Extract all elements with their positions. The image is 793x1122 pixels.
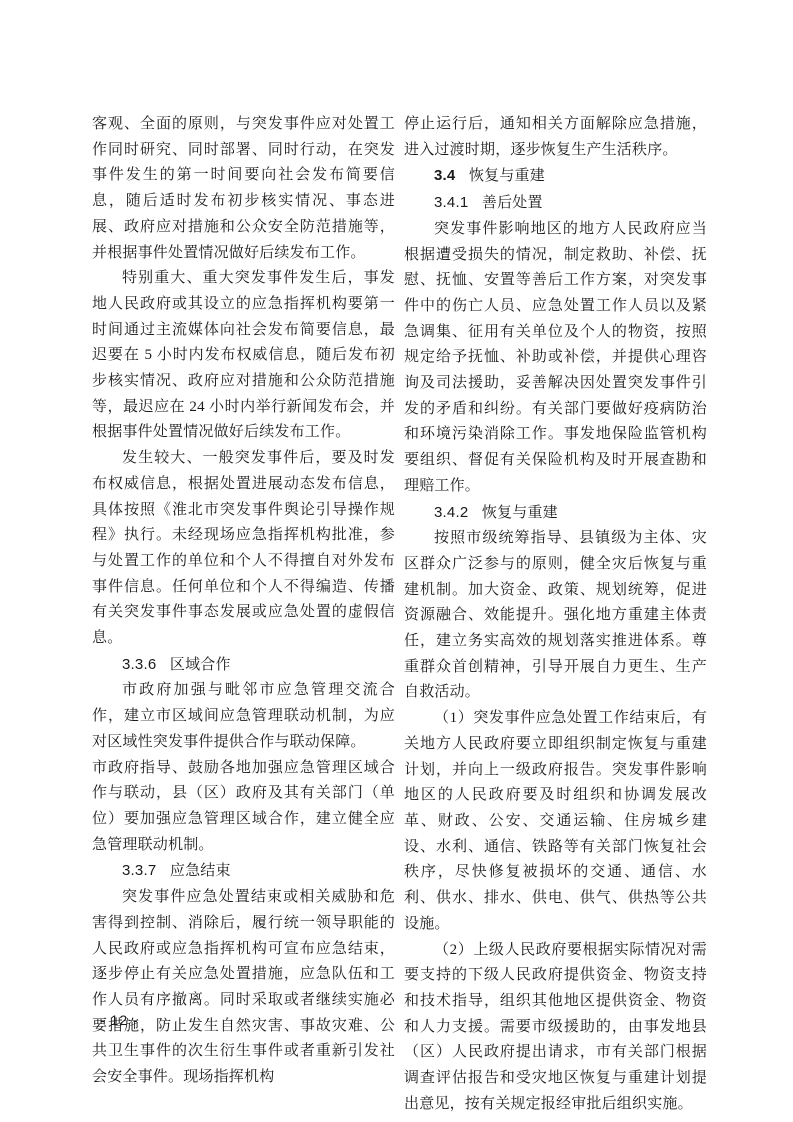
left-column: 客观、全面的原则，与突发事件应对处置工作同时研究、同时部署、同时行动，在突发事件…	[92, 112, 395, 1091]
page-number: - 12 -	[100, 1012, 139, 1028]
section-number: 3.4.1	[434, 194, 468, 211]
section-heading-3-3-7: 3.3.7应急结束	[92, 858, 395, 885]
section-title: 应急结束	[170, 863, 231, 879]
paragraph: 客观、全面的原则，与突发事件应对处置工作同时研究、同时部署、同时行动，在突发事件…	[92, 112, 395, 266]
section-number: 3.3.7	[122, 862, 156, 879]
paragraph: （1）突发事件应急处置工作结束后，有关地方人民政府要立即组织制定恢复与重建计划，…	[404, 706, 707, 937]
section-heading-3-3-6: 3.3.6区域合作	[92, 652, 395, 679]
paragraph: （2）上级人民政府要根据实际情况对需要支持的下级人民政府提供资金、物资支持和技术…	[404, 938, 707, 1118]
paragraph: 市政府加强与毗邻市应急管理交流合作，建立市区域间应急管理联动机制，为应对区域性突…	[92, 678, 395, 755]
section-title: 恢复与重建	[482, 505, 558, 521]
section-title: 区域合作	[170, 657, 231, 673]
paragraph: 发生较大、一般突发事件后，要及时发布权威信息，根据处置进展动态发布信息，具体按照…	[92, 446, 395, 652]
section-heading-3-4-2: 3.4.2恢复与重建	[404, 500, 707, 527]
section-heading-3-4: 3.4恢复与重建	[404, 163, 707, 190]
section-number: 3.3.6	[122, 656, 156, 673]
section-number: 3.4	[434, 167, 455, 184]
paragraph: 突发事件影响地区的地方人民政府应当根据遭受损失的情况，制定救助、补偿、抚慰、抚恤…	[404, 217, 707, 500]
paragraph: 市政府指导、鼓励各地加强应急管理区域合作与联动，县（区）政府及其有关部门（单位）…	[92, 756, 395, 859]
section-title: 恢复与重建	[469, 168, 545, 184]
document-page: 客观、全面的原则，与突发事件应对处置工作同时研究、同时部署、同时行动，在突发事件…	[0, 0, 793, 1122]
paragraph: 突发事件应急处置结束或相关威胁和危害得到控制、消除后，履行统一领导职能的人民政府…	[92, 885, 395, 1091]
section-title: 善后处置	[482, 195, 543, 211]
section-heading-3-4-1: 3.4.1善后处置	[404, 190, 707, 217]
paragraph: 停止运行后，通知相关方面解除应急措施，进入过渡时期，逐步恢复生产生活秩序。	[404, 112, 707, 163]
paragraph: 特别重大、重大突发事件发生后，事发地人民政府或其设立的应急指挥机构要第一时间通过…	[92, 266, 395, 446]
right-column: 停止运行后，通知相关方面解除应急措施，进入过渡时期，逐步恢复生产生活秩序。 3.…	[404, 112, 707, 1117]
section-number: 3.4.2	[434, 504, 468, 521]
paragraph: 按照市级统筹指导、县镇级为主体、灾区群众广泛参与的原则，健全灾后恢复与重建机制。…	[404, 526, 707, 706]
